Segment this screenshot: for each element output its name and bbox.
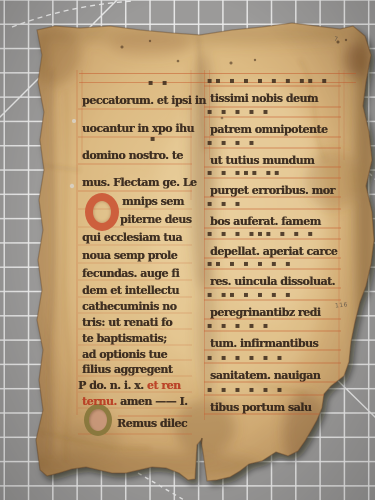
right-column-line: tibus portum salu bbox=[210, 401, 311, 414]
neume-row: ▪ ▪ ▪ bbox=[207, 200, 243, 208]
neume-row: ▪ ▪ ▪ ▪ ▪ ▪ bbox=[207, 354, 285, 362]
right-column-line: tum. infirmantibus bbox=[210, 337, 318, 350]
right-column-line: peregrinantibz redi bbox=[210, 306, 320, 319]
right-column-line: res. uincula dissoluat. bbox=[210, 275, 335, 288]
left-column-line: domino nostro. te bbox=[82, 149, 183, 162]
rubric-text: et ren bbox=[143, 379, 180, 392]
neume-row: ▪ ▪ ▪ ▪ ▪ bbox=[207, 322, 271, 330]
left-column-line: mus. Flectam ge. Le bbox=[82, 176, 196, 189]
left-column-line: piterne deus bbox=[120, 213, 191, 226]
left-column-line: peccatorum. et ipsi in bbox=[82, 94, 206, 107]
right-column-line: sanitatem. nauigan bbox=[210, 369, 320, 382]
neume-row: ▪ ▪ ▪▪▪ ▪▪ bbox=[207, 169, 283, 177]
neume-row: ▪ ▪ ▪ ▪▪▪ ▪ ▪ ▪ bbox=[207, 230, 316, 238]
left-column-line: filius aggregent bbox=[82, 363, 172, 376]
neume-row: ▪ ▪ ▪ ▪ ▪ bbox=[207, 108, 271, 116]
left-column-line: noua semp prole bbox=[82, 249, 177, 262]
manuscript-photo: peccatorum. et ipsi in uocantur in xpo i… bbox=[0, 0, 375, 500]
left-column-line: ad optionis tue bbox=[82, 348, 167, 361]
left-column-line: uocantur in xpo ihu bbox=[82, 122, 194, 135]
left-column-line: dem et intellectu bbox=[82, 284, 179, 297]
neume-row: ▪▪ ▪ ▪ ▪ ▪ ▪ bbox=[207, 260, 294, 268]
left-column-line: mnips sem bbox=[122, 195, 184, 208]
right-column-line: ut tutius mundum bbox=[210, 154, 314, 167]
left-column-line: cathecuminis no bbox=[82, 300, 176, 313]
left-column-line: tris: ut renati fo bbox=[82, 316, 172, 329]
neume-row: ▪ ▪▪ ▪ ▪ ▪ ▪ bbox=[207, 291, 294, 299]
right-column-line: tissimi nobis deum bbox=[210, 92, 318, 105]
right-column-line: bos auferat. famem bbox=[210, 215, 321, 228]
left-column-line: ternu. amen —— I. bbox=[82, 395, 187, 408]
neume-row: ▪▪ ▪ ▪ ▪ ▪ ▪ ▪▪ ▪ bbox=[207, 77, 330, 85]
illuminated-initial-gold-o bbox=[84, 404, 112, 436]
right-column-line: purget erroribus. mor bbox=[210, 184, 335, 197]
illuminated-initial-red-o bbox=[85, 193, 119, 231]
neume-group: ▪ ▪ bbox=[148, 79, 170, 87]
left-column-line: Remus dilec bbox=[117, 417, 187, 430]
right-column-line: depellat. aperiat carce bbox=[210, 245, 337, 258]
left-column-line: P do. n. i. x. et ren bbox=[78, 379, 181, 392]
left-column-line: te baptismatis; bbox=[82, 332, 167, 345]
neume-group: ▪ bbox=[150, 135, 158, 143]
rubric-text: ternu. bbox=[82, 395, 117, 408]
left-column-line: fecundas. auge fi bbox=[82, 267, 179, 280]
neume-row: ▪ ▪ ▪ ▪ ▪ ▪ bbox=[207, 386, 285, 394]
neume-row: ▪ ▪ ▪ ▪ bbox=[207, 139, 257, 147]
pencil-folio-number: 116 bbox=[335, 301, 349, 309]
right-column-line: patrem omnipotente bbox=[210, 123, 328, 136]
left-column-line: qui ecclesiam tua bbox=[82, 231, 182, 244]
